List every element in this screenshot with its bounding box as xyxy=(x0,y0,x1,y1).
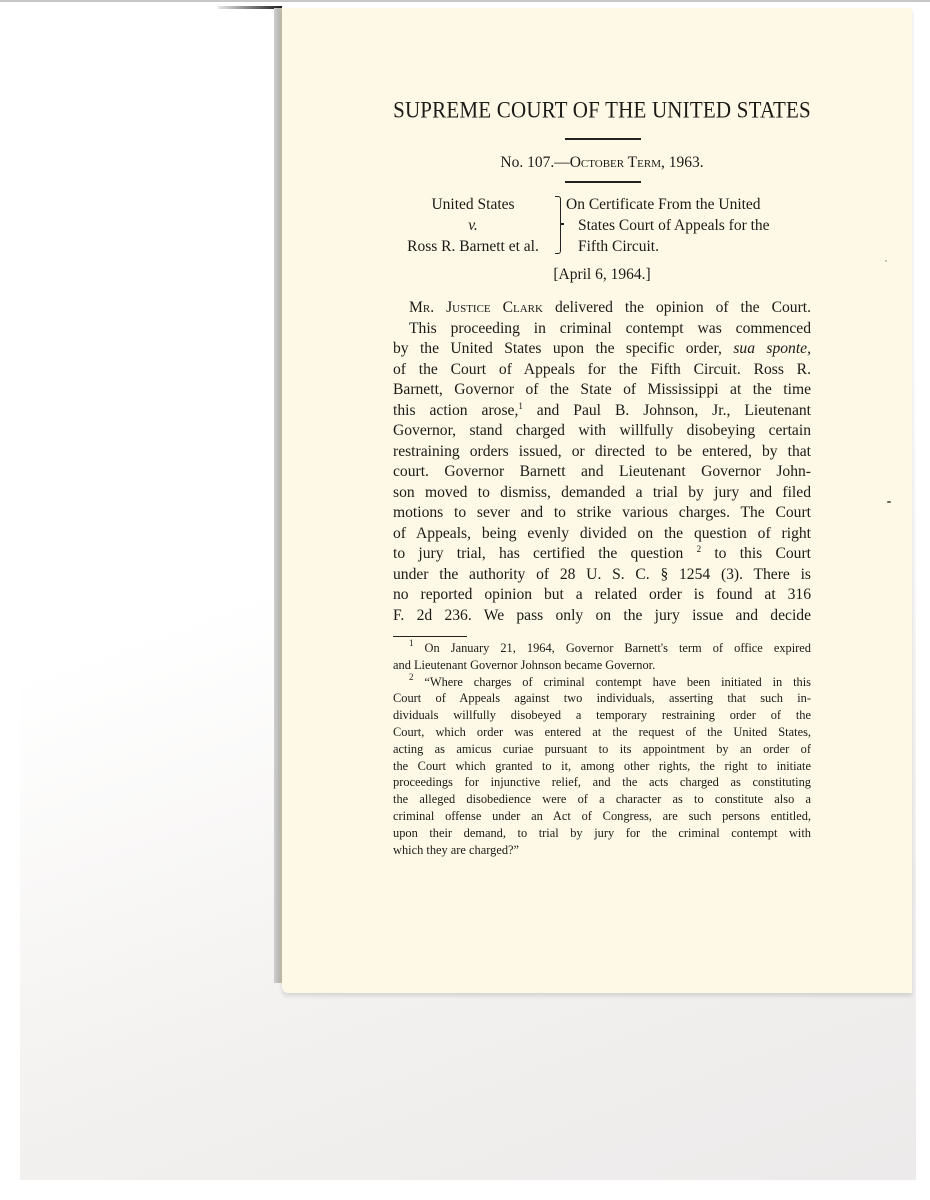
footnote-2-line: upon their demand, to trial by jury for … xyxy=(393,825,811,842)
opinion-body: Mr. Justice Clark delivered the opinion … xyxy=(393,298,811,626)
decision-date: [April 6, 1964.] xyxy=(393,266,811,284)
caption-brace xyxy=(555,196,561,254)
footnote-2-line: the alleged disobedience were of a chara… xyxy=(393,791,811,808)
scan-speck xyxy=(887,501,891,503)
footnote-2-line: Court of Appeals against two individuals… xyxy=(393,690,811,707)
body-line: court. Governor Barnett and Lieutenant G… xyxy=(393,462,811,483)
docket-line: No. 107.—October Term, 1963. xyxy=(393,154,811,172)
body-line: Barnett, Governor of the State of Missis… xyxy=(393,380,811,401)
body-line: to jury trial, has certified the questio… xyxy=(393,544,811,565)
party-plaintiff: United States xyxy=(393,194,553,215)
certificate-text: On Certificate From the United States Co… xyxy=(566,194,812,257)
opinion-intro: Mr. Justice Clark delivered the opinion … xyxy=(393,298,811,319)
body-line: this action arose,1 and Paul B. Johnson,… xyxy=(393,401,811,422)
term-label: October Term xyxy=(570,154,661,171)
body-line: son moved to dismiss, demanded a trial b… xyxy=(393,483,811,504)
body-line: F. 2d 236. We pass only on the jury issu… xyxy=(393,606,811,627)
docket-number: No. 107.— xyxy=(500,154,569,171)
document-page: SUPREME COURT OF THE UNITED STATES No. 1… xyxy=(282,8,912,993)
term-year: , 1963. xyxy=(661,154,704,171)
body-line: under the authority of 28 U. S. C. § 125… xyxy=(393,565,811,586)
body-line: restraining orders issued, or directed t… xyxy=(393,442,811,463)
footnote-2-line: acting as amicus curiae pursuant to its … xyxy=(393,741,811,758)
footnote-2-line: 2 “Where charges of criminal contempt ha… xyxy=(393,674,811,691)
latin-phrase: sua sponte, xyxy=(733,340,811,357)
body-line: of the Court of Appeals for the Fifth Ci… xyxy=(393,360,811,381)
page-spine xyxy=(274,8,282,983)
body-line: motions to sever and to strike various c… xyxy=(393,503,811,524)
docket-rule xyxy=(565,181,641,183)
body-line: This proceeding in criminal contempt was… xyxy=(393,319,811,340)
scan-speck xyxy=(885,260,887,262)
court-title: SUPREME COURT OF THE UNITED STATES xyxy=(387,97,817,125)
certificate-line: Fifth Circuit. xyxy=(566,236,812,257)
title-rule xyxy=(565,138,641,140)
party-defendant: Ross R. Barnett et al. xyxy=(393,236,553,257)
footnote-rule xyxy=(393,636,467,637)
binding-shadow xyxy=(218,6,282,9)
scan-top-edge xyxy=(0,0,930,2)
footnote-2-line: which they are charged?” xyxy=(393,842,811,859)
footnote-2-line: dividuals willfully disobeyed a temporar… xyxy=(393,707,811,724)
versus: v. xyxy=(393,215,553,236)
certificate-line: On Certificate From the United xyxy=(566,194,812,215)
certificate-line: States Court of Appeals for the xyxy=(566,215,812,236)
footnote-2-line: proceedings for injunctive relief, and t… xyxy=(393,774,811,791)
footnote-1-line: and Lieutenant Governor Johnson became G… xyxy=(393,657,811,674)
body-line: Governor, stand charged with willfully d… xyxy=(393,421,811,442)
body-line: by the United States upon the specific o… xyxy=(393,339,811,360)
footnote-2-line: criminal offense under an Act of Congres… xyxy=(393,808,811,825)
body-line: no reported opinion but a related order … xyxy=(393,585,811,606)
footnote-2-line: Court, which order was entered at the re… xyxy=(393,724,811,741)
case-parties: United States v. Ross R. Barnett et al. xyxy=(393,194,553,257)
footnotes: 1 On January 21, 1964, Governor Barnett'… xyxy=(393,640,811,858)
justice-name: Mr. Justice Clark xyxy=(409,299,543,316)
footnote-2-line: the Court which granted to it, among oth… xyxy=(393,758,811,775)
footnote-1-line: 1 On January 21, 1964, Governor Barnett'… xyxy=(393,640,811,657)
case-caption: United States v. Ross R. Barnett et al. … xyxy=(393,194,811,260)
body-line: of Appeals, being evenly divided on the … xyxy=(393,524,811,545)
